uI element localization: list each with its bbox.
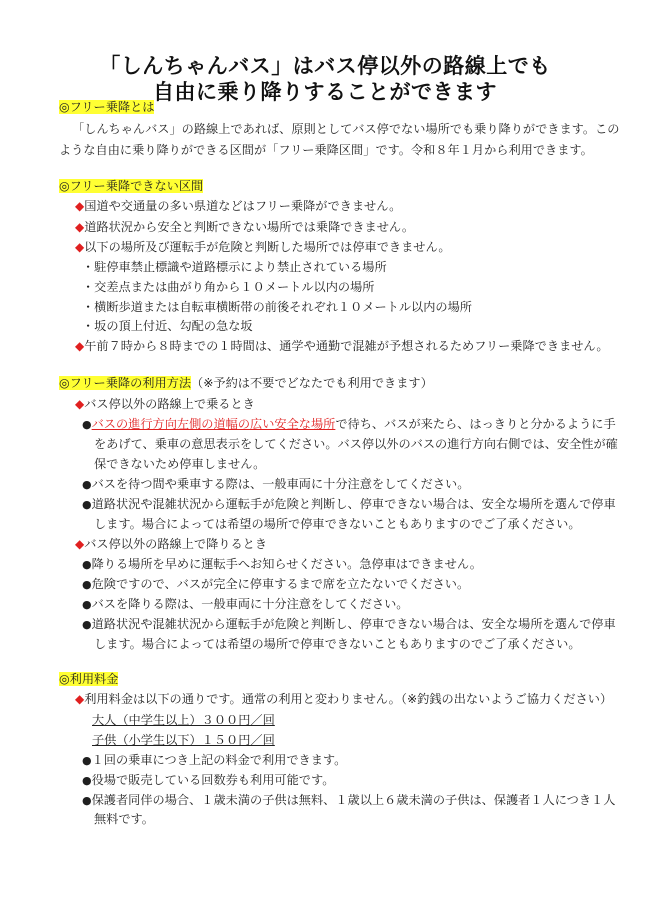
bullet-icon: ●: [82, 418, 92, 431]
diamond-icon: ◆: [75, 240, 84, 254]
section-heading-fare: ◎利用料金: [59, 671, 118, 687]
section-heading-no-free-zone: ◎フリー乗降できない区間: [59, 178, 203, 194]
bullet-icon: ●: [82, 598, 92, 611]
list-item-continuation: 保できないため停車しません。: [94, 456, 265, 472]
list-item-continuation: します。場合によっては希望の場所で停車できないこともありますのでご了承ください。: [94, 516, 581, 532]
document-page: 「しんちゃんバス」はバス停以外の路線上でも 自由に乗り降りすることができます ◎…: [0, 0, 650, 919]
list-item: ●危険ですので、バスが完全に停車するまで席を立たないでください。: [82, 576, 469, 593]
sub-list-item: ・坂の頂上付近、勾配の急な坂: [82, 318, 253, 334]
list-item: ●役場で販売している回数券も利用可能です。: [82, 772, 334, 789]
fare-intro: ◆利用料金は以下の通りです。通常の利用と変わりません。（※釣銭の出ないようご協力…: [75, 691, 612, 707]
list-item: ●バスの進行方向左側の道幅の広い安全な場所で待ち、バスが来たら、はっきりと分かる…: [82, 416, 616, 433]
section-heading-free-boarding: ◎フリー乗降とは: [59, 99, 154, 115]
diamond-icon: ◆: [75, 199, 84, 213]
list-item: ●道路状況や混雑状況から運転手が危険と判断し、停車できない場合は、安全な場所を選…: [82, 616, 616, 633]
list-item: ●バスを待つ間や乗車する際は、一般車両に十分注意をしてください。: [82, 476, 469, 493]
list-item: ●１回の乗車につき上記の料金で利用できます。: [82, 752, 346, 769]
diamond-icon: ◆: [75, 397, 84, 411]
list-item: ●降りる場所を早めに運転手へお知らせください。急停車はできません。: [82, 556, 482, 573]
alighting-label: ◆バス停以外の路線上で降りるとき: [75, 536, 267, 552]
list-item: ●道路状況や混雑状況から運転手が危険と判断し、停車できない場合は、安全な場所を選…: [82, 496, 616, 513]
bullet-icon: ●: [82, 558, 92, 571]
list-item-continuation: をあげて、乗車の意思表示をしてください。バス停以外のバスの進行方向右側では、安全…: [94, 436, 618, 452]
boarding-label: ◆バス停以外の路線上で乗るとき: [75, 396, 255, 412]
list-item: ●保護者同伴の場合、１歳未満の子供は無料、１歳以上６歳未満の子供は、保護者１人に…: [82, 792, 615, 809]
section1-paragraph-line1: 「しんちゃんバス」の路線上であれば、原則としてバス停でない場所でも乗り降りができ…: [72, 121, 619, 137]
fare-child: 子供（小学生以下）１５０円／回: [92, 732, 275, 748]
list-item: ●バスを降りる際は、一般車両に十分注意をしてください。: [82, 596, 408, 613]
sub-list-item: ・交差点または曲がり角から１０メートル以内の場所: [82, 279, 375, 295]
emphasis-text: バスの進行方向左側の道幅の広い安全な場所: [92, 417, 336, 431]
sub-list-item: ・駐停車禁止標識や道路標示により禁止されている場所: [82, 259, 387, 275]
bullet-icon: ●: [82, 774, 92, 787]
bullet-icon: ●: [82, 794, 92, 807]
heading-note: （※予約は不要でどなたでも利用できます）: [191, 376, 433, 390]
diamond-icon: ◆: [75, 537, 84, 551]
list-item-continuation: 無料です。: [94, 811, 154, 827]
bullet-icon: ●: [82, 498, 92, 511]
diamond-icon: ◆: [75, 339, 84, 353]
bullet-icon: ●: [82, 618, 92, 631]
list-item: ◆道路状況から安全と判断できない場所では乗降できません。: [75, 219, 414, 235]
list-item: ◆以下の場所及び運転手が危険と判断した場所では停車できません。: [75, 239, 451, 255]
list-item-continuation: します。場合によっては希望の場所で停車できないこともありますのでご了承ください。: [94, 636, 581, 652]
diamond-icon: ◆: [75, 220, 84, 234]
diamond-icon: ◆: [75, 692, 84, 706]
bullet-icon: ●: [82, 478, 92, 491]
sub-list-item: ・横断歩道または自転車横断帯の前後それぞれ１０メートル以内の場所: [82, 299, 472, 315]
section-heading-usage: ◎フリー乗降の利用方法（※予約は不要でどなたでも利用できます）: [59, 375, 433, 391]
bullet-icon: ●: [82, 578, 92, 591]
list-item: ◆午前７時から８時までの１時間は、通学や通勤で混雑が予想されるためフリー乗降でき…: [75, 338, 609, 354]
fare-adult: 大人（中学生以上）３００円／回: [92, 712, 275, 728]
list-item: ◆国道や交通量の多い県道などはフリー乗降ができません。: [75, 198, 401, 214]
section1-paragraph-line2: ような自由に乗り降りができる区間が「フリー乗降区間」です。令和８年１月から利用で…: [59, 142, 593, 158]
bullet-icon: ●: [82, 754, 92, 767]
